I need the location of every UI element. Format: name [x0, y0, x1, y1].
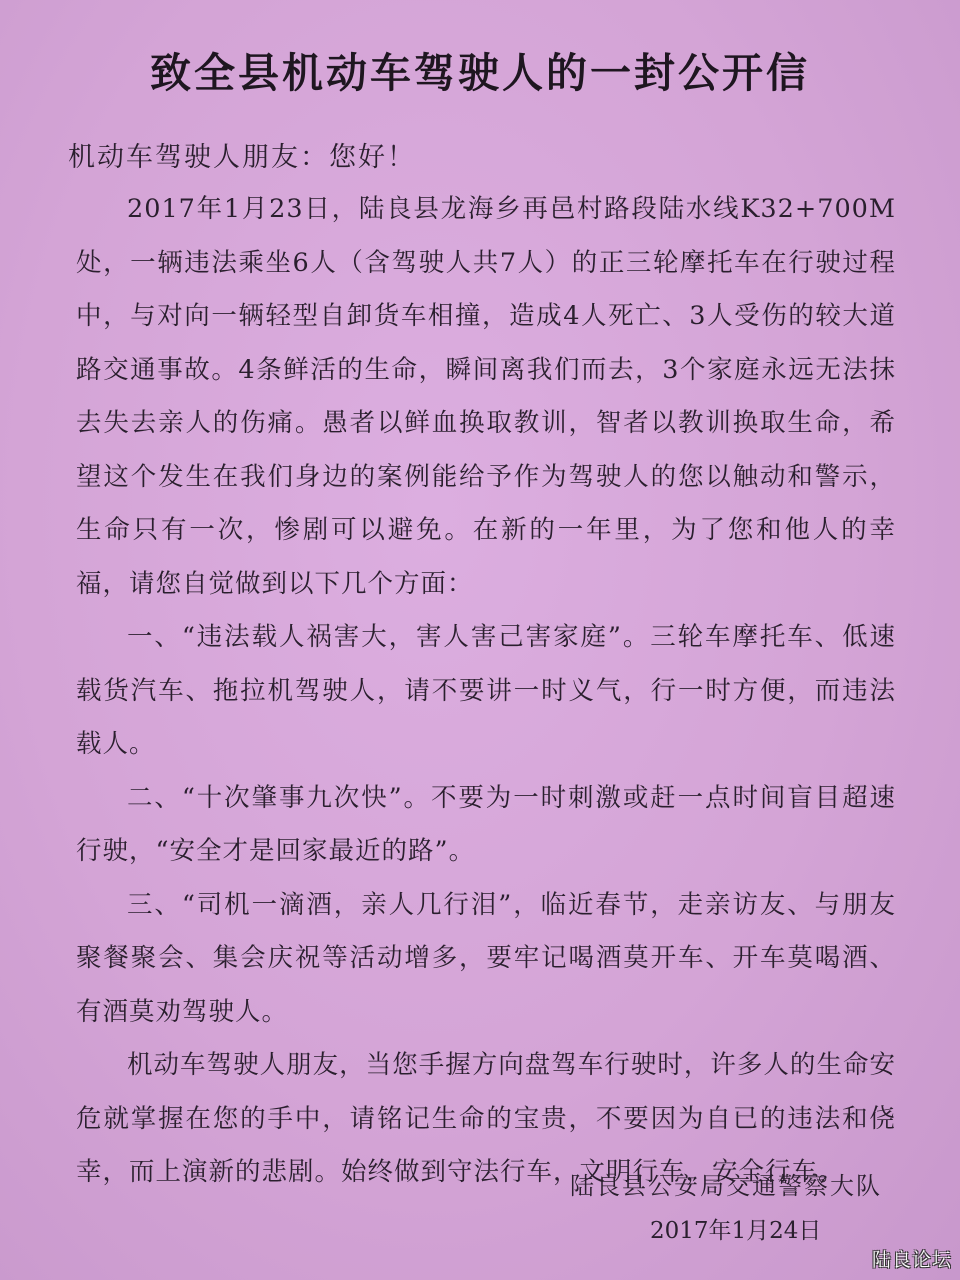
forum-watermark: 陆良论坛: [872, 1245, 952, 1272]
paragraph-point-3: 三、“司机一滴酒，亲人几行泪”，临近春节，走亲访友、与朋友聚餐聚会、集会庆祝等活…: [76, 879, 896, 1040]
paragraph-point-2: 二、“十次肇事九次快”。不要为一时刺激或赶一点时间盲目超速行驶，“安全才是回家最…: [76, 772, 896, 879]
letter-body: 2017年1月23日，陆良县龙海乡再邑村路段陆水线K32+700M处，一辆违法乘…: [76, 183, 896, 1200]
paragraph-point-1: 一、“违法载人祸害大，害人害己害家庭”。三轮车摩托车、低速载货汽车、拖拉机驾驶人…: [76, 611, 896, 772]
paragraph-intro: 2017年1月23日，陆良县龙海乡再邑村路段陆水线K32+700M处，一辆违法乘…: [76, 183, 896, 611]
letter-title: 致全县机动车驾驶人的一封公开信: [0, 40, 960, 99]
letter-paper: 致全县机动车驾驶人的一封公开信 机动车驾驶人朋友：您好！ 2017年1月23日，…: [0, 0, 960, 1280]
letter-date: 2017年1月24日: [650, 1212, 821, 1245]
letter-signature: 陆良县公安局交通警察大队: [570, 1166, 882, 1201]
letter-salutation: 机动车驾驶人朋友：您好！: [68, 135, 416, 174]
